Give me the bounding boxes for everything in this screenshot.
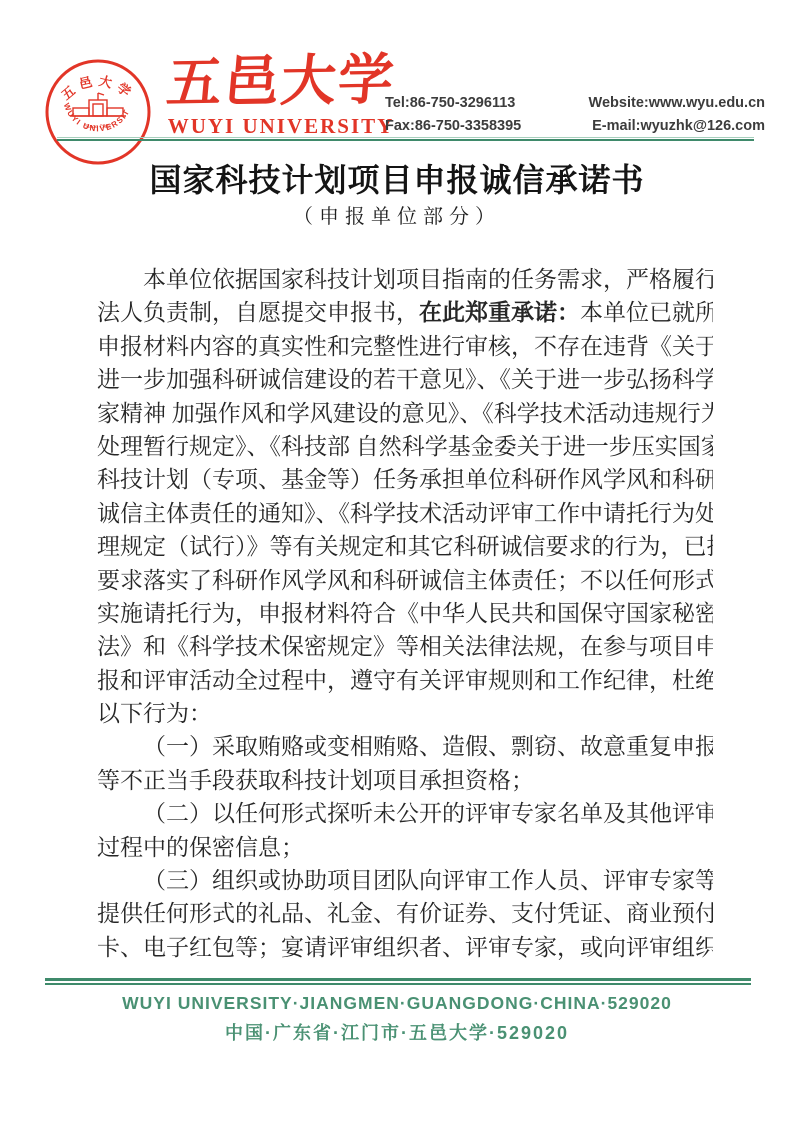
body-line: 法》和《科学技术保密规定》等相关法律法规，在参与项目申 [97, 630, 713, 663]
footer-divider [45, 978, 751, 985]
body-line: 申报材料内容的真实性和完整性进行审核，不存在违背《关于 [97, 330, 713, 363]
contact-web-column: Website:www.wyu.edu.cn E-mail:wyuzhk@126… [589, 92, 765, 138]
body-line: 进一步加强科研诚信建设的若干意见》、《关于进一步弘扬科学 [97, 363, 713, 396]
university-seal-logo: 五邑大学 WUYI UNIVERSITY Since 1985 [44, 58, 152, 166]
page-subtitle: （申报单位部分） [0, 200, 794, 229]
body-line: 等不正当手段获取科技计划项目承担资格； [97, 764, 713, 797]
document-page: 五邑大学 WUYI UNIVERSITY Since 1985 五邑大学 WUY… [0, 0, 794, 1122]
footer-address-chinese: 中国·广东省·江门市·五邑大学·529020 [0, 1019, 794, 1045]
body-line: （二）以任何形式探听未公开的评审专家名单及其他评审 [97, 797, 713, 830]
body-line: （三）组织或协助项目团队向评审工作人员、评审专家等 [97, 864, 713, 897]
contact-website: Website:www.wyu.edu.cn [589, 92, 765, 115]
contact-phone-column: Tel:86-750-3296113 Fax:86-750-3358395 [385, 92, 521, 138]
seal-bottom-text: WUYI UNIVERSITY [44, 58, 132, 133]
body-line: 本单位依据国家科技计划项目指南的任务需求，严格履行 [97, 263, 713, 296]
page-title: 国家科技计划项目申报诚信承诺书 [0, 155, 794, 201]
body-line: 过程中的保密信息； [97, 831, 713, 864]
footer-address-english: WUYI UNIVERSITY·JIANGMEN·GUANGDONG·CHINA… [0, 993, 794, 1014]
header-divider [57, 137, 754, 141]
body-line: 家精神 加强作风和学风建设的意见》、《科学技术活动违规行为 [97, 397, 713, 430]
body-line: 卡、电子红包等；宴请评审组织者、评审专家，或向评审组织 [97, 931, 713, 964]
body-line: 诚信主体责任的通知》、《科学技术活动评审工作中请托行为处 [97, 497, 713, 530]
body-line: 要求落实了科研作风学风和科研诚信主体责任；不以任何形式 [97, 564, 713, 597]
body-line: 以下行为： [97, 697, 713, 730]
contact-fax: Fax:86-750-3358395 [385, 115, 521, 138]
body-text: 本单位依据国家科技计划项目指南的任务需求，严格履行法人负责制，自愿提交申报书，在… [97, 263, 713, 964]
body-line: 提供任何形式的礼品、礼金、有价证券、支付凭证、商业预付 [97, 897, 713, 930]
brand-block: 五邑大学 WUYI UNIVERSITY [165, 52, 397, 139]
contact-tel: Tel:86-750-3296113 [385, 92, 521, 115]
seal-icon: 五邑大学 WUYI UNIVERSITY Since 1985 [44, 58, 152, 166]
university-name-english: WUYI UNIVERSITY [165, 114, 397, 139]
body-line: 理规定（试行）》等有关规定和其它科研诚信要求的行为，已按 [97, 530, 713, 563]
body-line: 处理暂行规定》、《科技部 自然科学基金委关于进一步压实国家 [97, 430, 713, 463]
university-name-calligraphy: 五邑大学 [162, 50, 400, 114]
body-line: （一）采取贿赂或变相贿赂、造假、剽窃、故意重复申报 [97, 730, 713, 763]
svg-text:WUYI UNIVERSITY: WUYI UNIVERSITY [44, 58, 132, 133]
seal-since-text: Since 1985 [85, 124, 112, 130]
body-line: 实施请托行为，申报材料符合《中华人民共和国保守国家秘密 [97, 597, 713, 630]
body-line: 报和评审活动全过程中，遵守有关评审规则和工作纪律，杜绝 [97, 664, 713, 697]
seal-building-icon [70, 93, 126, 116]
contact-email: E-mail:wyuzhk@126.com [589, 115, 765, 138]
body-line: 科技计划（专项、基金等）任务承担单位科研作风学风和科研 [97, 463, 713, 496]
body-line: 法人负责制，自愿提交申报书，在此郑重承诺：本单位已就所 [97, 296, 713, 329]
